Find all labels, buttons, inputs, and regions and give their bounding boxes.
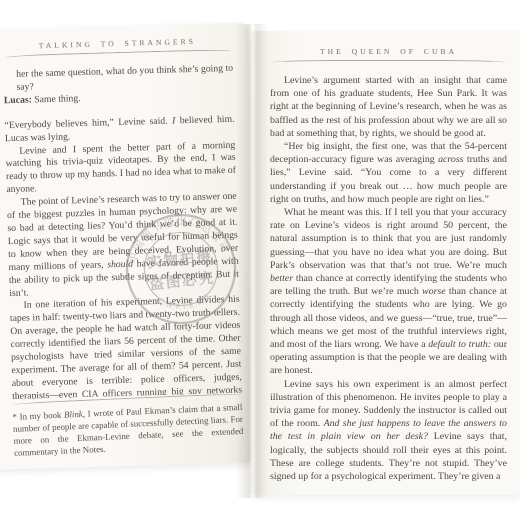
right-running-head: THE QUEEN OF CUBA	[270, 47, 507, 56]
text-run: Levine and I spent the better part of a …	[6, 139, 237, 195]
right-page-body: Levine’s argument started with an insigh…	[270, 74, 507, 483]
left-running-head: TALKING TO STRANGERS	[2, 36, 232, 51]
paragraph: In one iteration of his experiment, Levi…	[9, 294, 242, 399]
paragraph: Levine and I spent the better part of a …	[5, 139, 236, 197]
text-run: In one iteration of his experiment, Levi…	[10, 294, 242, 399]
text-run: What he meant was this. If I tell you th…	[270, 207, 507, 271]
paragraph: * In my book Blink, I wrote of Paul Ekma…	[12, 402, 244, 460]
text-run: worse	[422, 286, 446, 297]
left-header-rule	[5, 49, 231, 60]
text-run: should	[107, 258, 133, 270]
left-page-body: her the same question, what do you think…	[3, 63, 242, 399]
footnote-text: * In my book Blink, I wrote of Paul Ekma…	[12, 402, 244, 460]
paragraph: Levine says his own experiment is an alm…	[270, 378, 507, 484]
paragraph: Levine’s argument started with an insigh…	[270, 74, 507, 140]
text-run: her the same question, what do you think…	[16, 63, 233, 93]
right-page: THE QUEEN OF CUBA Levine’s argument star…	[251, 31, 520, 495]
book-photo: TALKING TO STRANGERS her the same questi…	[0, 0, 520, 520]
left-page: TALKING TO STRANGERS her the same questi…	[0, 22, 260, 469]
text-run: Levine’s argument started with an insigh…	[270, 75, 507, 139]
footnote: * In my book Blink, I wrote of Paul Ekma…	[12, 393, 244, 460]
paragraph: The point of Levine’s research was to tr…	[7, 191, 240, 301]
text-run: Blink	[64, 409, 83, 420]
paragraph: “Her big insight, the first one, was tha…	[270, 140, 507, 206]
right-header-rule	[272, 60, 505, 65]
text-run: better	[270, 273, 293, 284]
paragraph: What he meant was this. If I tell you th…	[270, 206, 507, 378]
text-run: Same thing.	[32, 93, 81, 105]
text-run: “Everybody believes him,” Levine said.	[4, 115, 172, 131]
text-run: * In my book	[12, 410, 64, 422]
text-run: Lucas:	[4, 94, 32, 106]
text-run: across	[438, 154, 463, 165]
text-run: default to truth:	[428, 339, 491, 350]
